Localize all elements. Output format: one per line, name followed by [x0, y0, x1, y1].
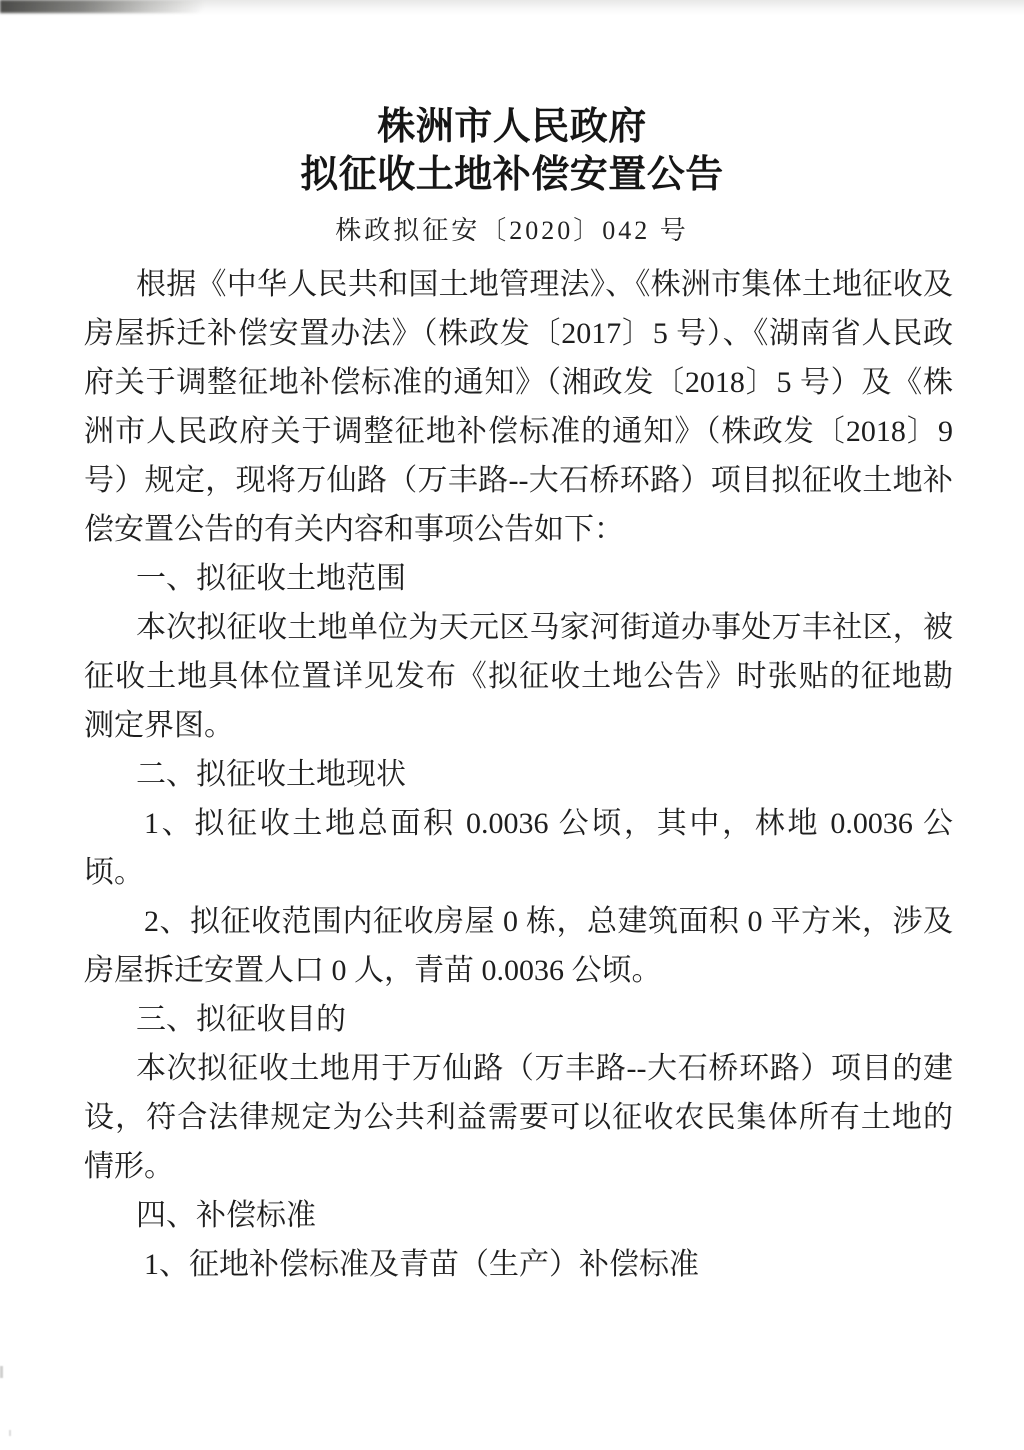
heading-compensation-standard: 四、补偿标准: [84, 1191, 953, 1240]
page-title-line1: 株洲市人民政府: [0, 103, 1024, 151]
item-land-area: 1、拟征收土地总面积 0.0036 公顷，其中，林地 0.0036 公顷。: [84, 799, 953, 897]
scan-speck: [0, 1366, 3, 1378]
scan-speck: [9, 1430, 11, 1436]
item-compensation-standard: 1、征地补偿标准及青苗（生产）补偿标准: [84, 1240, 953, 1289]
scan-smudge-artifact: [0, 0, 205, 13]
item-house-demolition: 2、拟征收范围内征收房屋 0 栋，总建筑面积 0 平方米，涉及房屋拆迁安置人口 …: [84, 897, 953, 995]
para-purpose: 本次拟征收土地用于万仙路（万丰路--大石桥环路）项目的建设，符合法律规定为公共利…: [84, 1044, 953, 1191]
document-page: 株洲市人民政府 拟征收土地补偿安置公告 株政拟征安〔2020〕042 号 根据《…: [0, 0, 1024, 1450]
document-title: 株洲市人民政府 拟征收土地补偿安置公告: [0, 103, 1024, 199]
document-body: 根据《中华人民共和国土地管理法》、《株洲市集体土地征收及房屋拆迁补偿安置办法》（…: [84, 260, 953, 1289]
doc-number: 株政拟征安〔2020〕042 号: [0, 212, 1024, 250]
heading-purpose: 三、拟征收目的: [84, 995, 953, 1044]
para-legal-basis: 根据《中华人民共和国土地管理法》、《株洲市集体土地征收及房屋拆迁补偿安置办法》（…: [84, 260, 953, 554]
heading-land-scope: 一、拟征收土地范围: [84, 554, 953, 603]
heading-land-status: 二、拟征收土地现状: [84, 750, 953, 799]
para-land-scope: 本次拟征收土地单位为天元区马家河街道办事处万丰社区，被征收土地具体位置详见发布《…: [84, 603, 953, 750]
page-title-line2: 拟征收土地补偿安置公告: [0, 151, 1024, 199]
scan-edge-artifact: [0, 0, 1024, 16]
